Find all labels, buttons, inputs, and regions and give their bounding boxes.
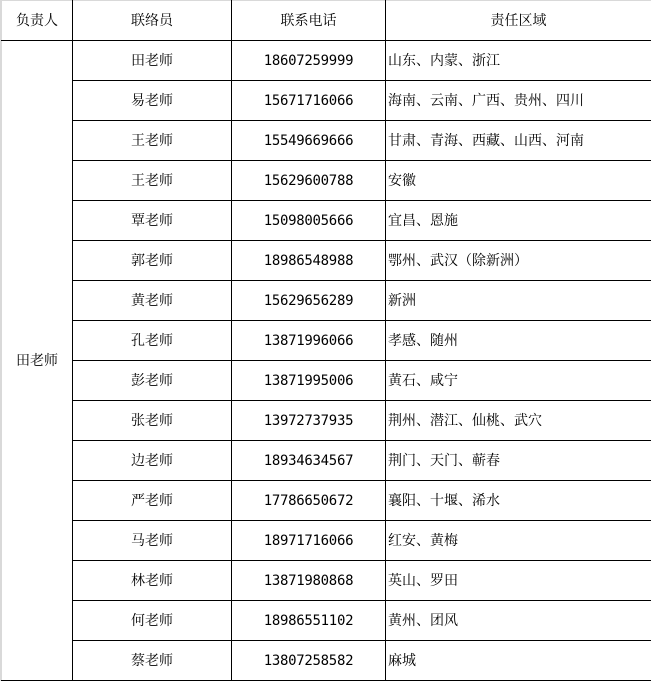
phone-cell: 13871995006 (232, 361, 386, 401)
region-cell: 荆州、潜江、仙桃、武穴 (386, 401, 651, 441)
contact-cell: 彭老师 (73, 361, 232, 401)
table-row: 郭老师 18986548988 鄂州、武汉（除新洲） (2, 241, 651, 281)
contact-table: 负责人 联络员 联系电话 责任区域 田老师 田老师 18607259999 山东… (1, 0, 651, 681)
phone-cell: 18986551102 (232, 601, 386, 641)
phone-cell: 15629600788 (232, 161, 386, 201)
phone-cell: 13972737935 (232, 401, 386, 441)
region-cell: 海南、云南、广西、贵州、四川 (386, 81, 651, 121)
header-contact: 联络员 (73, 1, 232, 41)
header-leader: 负责人 (2, 1, 73, 41)
table-row: 易老师 15671716066 海南、云南、广西、贵州、四川 (2, 81, 651, 121)
region-cell: 鄂州、武汉（除新洲） (386, 241, 651, 281)
phone-cell: 15549669666 (232, 121, 386, 161)
phone-cell: 15629656289 (232, 281, 386, 321)
region-cell: 宜昌、恩施 (386, 201, 651, 241)
table-row: 张老师 13972737935 荆州、潜江、仙桃、武穴 (2, 401, 651, 441)
contact-cell: 边老师 (73, 441, 232, 481)
table-row: 王老师 15549669666 甘肃、青海、西藏、山西、河南 (2, 121, 651, 161)
region-cell: 黄石、咸宁 (386, 361, 651, 401)
phone-cell: 15098005666 (232, 201, 386, 241)
region-cell: 黄州、团风 (386, 601, 651, 641)
phone-cell: 18971716066 (232, 521, 386, 561)
table-row: 黄老师 15629656289 新洲 (2, 281, 651, 321)
contact-cell: 孔老师 (73, 321, 232, 361)
table-row: 边老师 18934634567 荆门、天门、蕲春 (2, 441, 651, 481)
region-cell: 安徽 (386, 161, 651, 201)
table-row: 孔老师 13871996066 孝感、随州 (2, 321, 651, 361)
header-phone: 联系电话 (232, 1, 386, 41)
contact-cell: 何老师 (73, 601, 232, 641)
phone-cell: 13807258582 (232, 641, 386, 681)
phone-cell: 13871996066 (232, 321, 386, 361)
phone-cell: 18934634567 (232, 441, 386, 481)
phone-cell: 18607259999 (232, 41, 386, 81)
header-region: 责任区域 (386, 1, 651, 41)
contact-cell: 田老师 (73, 41, 232, 81)
table-row: 严老师 17786650672 襄阳、十堰、浠水 (2, 481, 651, 521)
region-cell: 襄阳、十堰、浠水 (386, 481, 651, 521)
table-row: 马老师 18971716066 红安、黄梅 (2, 521, 651, 561)
phone-cell: 13871980868 (232, 561, 386, 601)
contact-cell: 覃老师 (73, 201, 232, 241)
region-cell: 孝感、随州 (386, 321, 651, 361)
region-cell: 甘肃、青海、西藏、山西、河南 (386, 121, 651, 161)
contact-cell: 张老师 (73, 401, 232, 441)
phone-cell: 18986548988 (232, 241, 386, 281)
contact-cell: 王老师 (73, 121, 232, 161)
region-cell: 麻城 (386, 641, 651, 681)
table-row: 蔡老师 13807258582 麻城 (2, 641, 651, 681)
table-row: 彭老师 13871995006 黄石、咸宁 (2, 361, 651, 401)
table-row: 王老师 15629600788 安徽 (2, 161, 651, 201)
contact-cell: 易老师 (73, 81, 232, 121)
phone-cell: 17786650672 (232, 481, 386, 521)
contact-cell: 蔡老师 (73, 641, 232, 681)
contact-cell: 严老师 (73, 481, 232, 521)
table-row: 林老师 13871980868 英山、罗田 (2, 561, 651, 601)
contact-cell: 郭老师 (73, 241, 232, 281)
contact-cell: 马老师 (73, 521, 232, 561)
contact-cell: 黄老师 (73, 281, 232, 321)
table-row: 田老师 田老师 18607259999 山东、内蒙、浙江 (2, 41, 651, 81)
table-row: 覃老师 15098005666 宜昌、恩施 (2, 201, 651, 241)
region-cell: 新洲 (386, 281, 651, 321)
contact-cell: 王老师 (73, 161, 232, 201)
region-cell: 山东、内蒙、浙江 (386, 41, 651, 81)
region-cell: 英山、罗田 (386, 561, 651, 601)
table-row: 何老师 18986551102 黄州、团风 (2, 601, 651, 641)
region-cell: 红安、黄梅 (386, 521, 651, 561)
region-cell: 荆门、天门、蕲春 (386, 441, 651, 481)
leader-cell: 田老师 (2, 41, 73, 681)
phone-cell: 15671716066 (232, 81, 386, 121)
header-row: 负责人 联络员 联系电话 责任区域 (2, 1, 651, 41)
contact-cell: 林老师 (73, 561, 232, 601)
